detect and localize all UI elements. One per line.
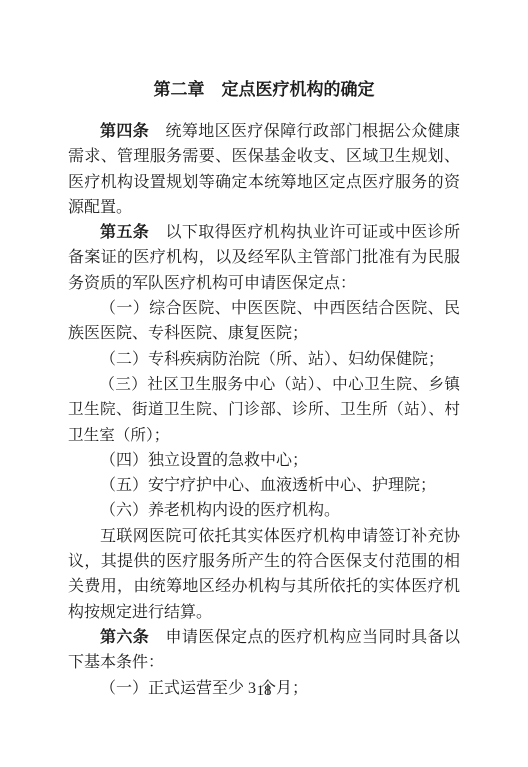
list-item-3: （三）社区卫生服务中心（站）、中心卫生院、乡镇卫生院、街道卫生院、门诊部、诊所、… [68,372,460,448]
paragraph-article-5: 第五条 以下取得医疗机构执业许可证或中医诊所备案证的医疗机构，以及经军队主管部门… [68,220,460,296]
paragraph-text: （四）独立设置的急救中心； [100,452,308,469]
chapter-title: 第二章 定点医疗机构的确定 [68,77,460,102]
paragraph-text: 互联网医院可依托其实体医疗机构申请签订补充协议，其提供的医疗服务所产生的符合医保… [68,528,460,621]
article-6-label: 第六条 [100,629,149,646]
paragraph-text: （五）安宁疗护中心、血液透析中心、护理院； [100,477,436,494]
article-5-label: 第五条 [100,224,149,241]
paragraph-text: （六）养老机构内设的医疗机构。 [100,502,340,519]
paragraph-text: （三）社区卫生服务中心（站）、中心卫生院、乡镇卫生院、街道卫生院、门诊部、诊所、… [68,376,460,444]
document-page: 第二章 定点医疗机构的确定 第四条 统筹地区医疗保障行政部门根据公众健康需求、管… [0,0,528,767]
list-item-2: （二）专科疾病防治院（所、站）、妇幼保健院； [68,347,460,372]
list-item-5: （五）安宁疗护中心、血液透析中心、护理院； [68,473,460,498]
paragraph-article-4: 第四条 统筹地区医疗保障行政部门根据公众健康需求、管理服务需要、医保基金收支、区… [68,119,460,220]
paragraph-text: （二）专科疾病防治院（所、站）、妇幼保健院； [100,351,444,368]
paragraph-internet-hospital: 互联网医院可依托其实体医疗机构申请签订补充协议，其提供的医疗服务所产生的符合医保… [68,524,460,625]
list-item-6: （六）养老机构内设的医疗机构。 [68,498,460,523]
page-content: 第二章 定点医疗机构的确定 第四条 统筹地区医疗保障行政部门根据公众健康需求、管… [68,0,460,701]
paragraph-text: （一）综合医院、中医医院、中西医结合医院、民族医医院、专科医院、康复医院； [68,300,460,342]
paragraph-article-6: 第六条 申请医保定点的医疗机构应当同时具备以下基本条件： [68,625,460,676]
article-4-label: 第四条 [100,123,149,140]
page-number: 18 [0,683,528,700]
list-item-1: （一）综合医院、中医医院、中西医结合医院、民族医医院、专科医院、康复医院； [68,296,460,347]
list-item-4: （四）独立设置的急救中心； [68,448,460,473]
